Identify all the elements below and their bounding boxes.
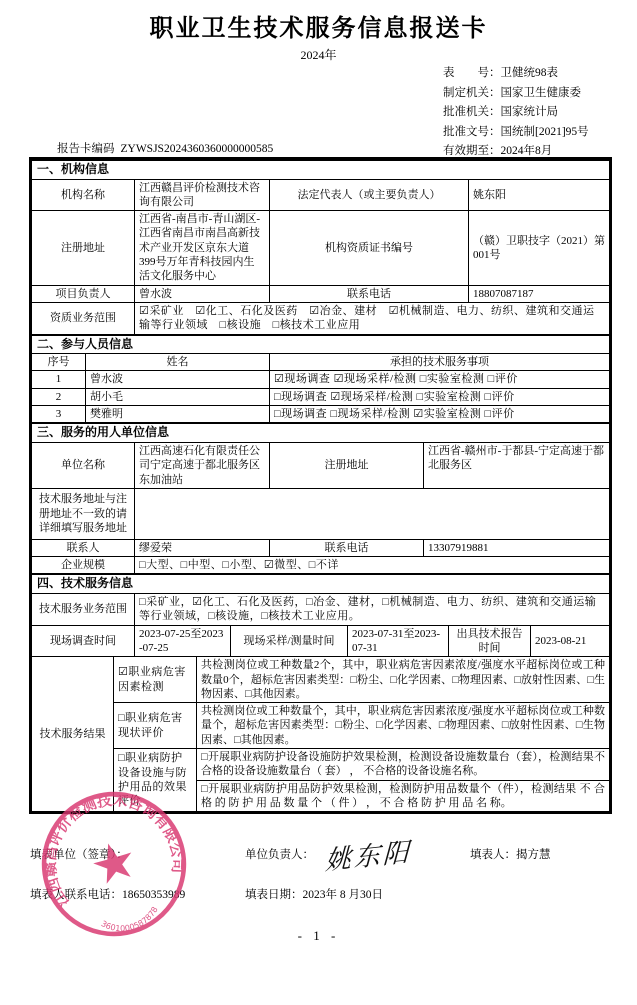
- col-header-name: 姓名: [86, 354, 270, 371]
- participant-name: 樊雅明: [86, 406, 270, 423]
- org-phone-label: 联系电话: [270, 285, 469, 302]
- unit-reg-address-value: 江西省-赣州市-于都县-宁定高速于都北服务区: [424, 442, 610, 488]
- company-seal-stamp: 江西赣昌评价检测技术咨询有限公司 3601000587878: [38, 788, 190, 940]
- cert-number-label: 机构资质证书编号: [270, 211, 469, 285]
- participant-no: 3: [32, 406, 86, 423]
- form-filler: 填表人：揭方慧: [470, 846, 551, 862]
- qualification-scope-label: 资质业务范围: [32, 302, 135, 334]
- legal-rep-value: 姚东阳: [469, 179, 610, 211]
- fill-date-label: 填表日期：: [245, 889, 303, 901]
- service-address-label: 技术服务地址与注册地址不一致的请详细填写服务地址: [32, 488, 135, 539]
- legal-rep-label: 法定代表人（或主要负责人）: [270, 179, 469, 211]
- enterprise-scale-label: 企业规模: [32, 557, 135, 574]
- report-time-value: 2023-08-21: [531, 625, 610, 657]
- service-scope-label: 技术服务业务范围: [32, 594, 135, 626]
- fill-date: 填表日期：2023年 8 月30日: [245, 886, 383, 902]
- unit-reg-address-label: 注册地址: [270, 442, 424, 488]
- section-service-times: 现场调查时间 2023-07-25至2023-07-25 现场采样/测量时间 2…: [31, 625, 610, 658]
- section-participants: 二、参与人员信息 序号 姓名 承担的技术服务事项 1 曾水波 ☑现场调查 ☑现场…: [31, 334, 610, 424]
- result-detail-status-evaluation: 共检测岗位或工种数量个，其中，职业病危害因素浓度/强度水平超标岗位或工种数量个，…: [197, 703, 610, 749]
- participant-services-checkboxes: ☑现场调查 ☑现场采样/检测 □实验室检测 □评价: [270, 371, 610, 388]
- report-code: 报告卡编码ZYWSJS2024360360000000585: [57, 140, 273, 156]
- section4-heading: 四、技术服务信息: [32, 574, 610, 593]
- participant-no: 1: [32, 371, 86, 388]
- sampling-time-value: 2023-07-31至2023-07-31: [348, 625, 449, 657]
- participant-name: 曾水波: [86, 371, 270, 388]
- meta-line-form-number: 表 号：卫健统98表: [443, 64, 589, 84]
- org-name-label: 机构名称: [32, 179, 135, 211]
- form-meta-block: 表 号：卫健统98表 制定机关：国家卫生健康委 批准机关：国家统计局 批准文号：…: [443, 64, 589, 162]
- cert-number-value: （赣）卫职技字（2021）第001号: [469, 211, 610, 285]
- report-code-label: 报告卡编码: [57, 143, 115, 155]
- head-signature: 姚东阳: [325, 831, 413, 877]
- section-employer: 三、服务的用人单位信息 单位名称 江西高速石化有限责任公司宁定高速于都北服务区东…: [31, 422, 610, 574]
- org-reg-address-label: 注册地址: [32, 211, 135, 285]
- sampling-time-label: 现场采样/测量时间: [231, 625, 348, 657]
- participant-services-checkboxes: □现场调查 ☑现场采样/检测 □实验室检测 □评价: [270, 388, 610, 405]
- participant-name: 胡小毛: [86, 388, 270, 405]
- unit-phone-value: 13307919881: [424, 539, 610, 556]
- meta-line-issuing-agency: 制定机关：国家卫生健康委: [443, 84, 589, 104]
- unit-phone-label: 联系电话: [270, 539, 424, 556]
- survey-time-label: 现场调查时间: [32, 625, 135, 657]
- form-filler-name: 揭方慧: [516, 849, 551, 861]
- service-address-value: [135, 488, 610, 539]
- document-page: 职业卫生技术服务信息报送卡 2024年 表 号：卫健统98表 制定机关：国家卫生…: [0, 0, 637, 1005]
- fill-date-value: 2023年 8 月30日: [303, 889, 384, 901]
- result-detail-hazard-detection: 共检测岗位或工种数量2个，其中，职业病危害因素浓度/强度水平超标岗位或工种数量0…: [197, 657, 610, 703]
- unit-contact-value: 缪爱荣: [135, 539, 270, 556]
- qualification-scope-checkboxes: ☑采矿业 ☑化工、石化及医药 ☑冶金、建材 ☑机械制造、电力、纺织、建筑和交通运…: [135, 302, 610, 334]
- project-manager-label: 项目负责人: [32, 285, 135, 302]
- service-scope-checkboxes: □采矿业，☑化工、石化及医药，□冶金、建材，□机械制造、电力、纺织、建筑和交通运…: [135, 594, 610, 626]
- unit-contact-label: 联系人: [32, 539, 135, 556]
- project-manager-value: 曾水波: [135, 285, 270, 302]
- svg-text:江西赣昌评价检测技术咨询有限公司: 江西赣昌评价检测技术咨询有限公司: [38, 788, 190, 913]
- form-filler-label: 填表人：: [470, 849, 516, 861]
- org-reg-address-value: 江西省-南昌市-青山湖区-江西省南昌市南昌高新技术产业开发区京东大道399号万年…: [135, 211, 270, 285]
- seal-star-icon: [89, 838, 138, 886]
- org-phone-value: 18807087187: [469, 285, 610, 302]
- result-type-hazard-detection: ☑职业病危害因素检测: [114, 657, 197, 703]
- participant-row: 1 曾水波 ☑现场调查 ☑现场采样/检测 □实验室检测 □评价: [32, 371, 610, 388]
- col-header-services: 承担的技术服务事项: [270, 354, 610, 371]
- meta-line-approval-doc: 批准文号：国统制[2021]95号: [443, 123, 589, 143]
- section-institution: 一、机构信息 机构名称 江西赣昌评价检测技术咨询有限公司 法定代表人（或主要负责…: [31, 159, 610, 335]
- report-code-value: ZYWSJS2024360360000000585: [121, 143, 274, 155]
- unit-name-value: 江西高速石化有限责任公司宁定高速于都北服务区东加油站: [135, 442, 270, 488]
- participant-row: 3 樊雅明 □现场调查 □现场采样/检测 ☑实验室检测 □评价: [32, 406, 610, 423]
- col-header-no: 序号: [32, 354, 86, 371]
- result-detail-equipment-effect: □开展职业病防护设备设施防护效果检测，检测设备设施数量台（套），检测结果不合格的…: [197, 748, 610, 780]
- section-service-scope: 四、技术服务信息 技术服务业务范围 □采矿业，☑化工、石化及医药，□冶金、建材，…: [31, 573, 610, 625]
- unit-name-label: 单位名称: [32, 442, 135, 488]
- participant-row: 2 胡小毛 □现场调查 ☑现场采样/检测 □实验室检测 □评价: [32, 388, 610, 405]
- seal-company-name: 江西赣昌评价检测技术咨询有限公司: [38, 788, 190, 913]
- org-name-value: 江西赣昌评价检测技术咨询有限公司: [135, 179, 270, 211]
- enterprise-scale-checkboxes: □大型、□中型、□小型、☑微型、□不详: [135, 557, 610, 574]
- survey-time-value: 2023-07-25至2023-07-25: [135, 625, 231, 657]
- participant-no: 2: [32, 388, 86, 405]
- page-title: 职业卫生技术服务信息报送卡: [0, 8, 637, 43]
- participant-services-checkboxes: □现场调查 □现场采样/检测 ☑实验室检测 □评价: [270, 406, 610, 423]
- section1-heading: 一、机构信息: [32, 160, 610, 179]
- result-detail-ppe-effect: □开展职业病防护用品防护效果检测，检测防护用品数量个（件），检测结果 不 合 格…: [197, 780, 610, 812]
- report-time-label: 出具技术报告时间: [449, 625, 531, 657]
- unit-head-label: 单位负责人：: [245, 846, 314, 862]
- section2-heading: 二、参与人员信息: [32, 335, 610, 354]
- section3-heading: 三、服务的用人单位信息: [32, 423, 610, 442]
- result-type-status-evaluation: □职业病危害现状评价: [114, 703, 197, 749]
- form-year: 2024年: [0, 46, 637, 63]
- meta-line-approval-agency: 批准机关：国家统计局: [443, 103, 589, 123]
- form-table: 一、机构信息 机构名称 江西赣昌评价检测技术咨询有限公司 法定代表人（或主要负责…: [29, 157, 612, 814]
